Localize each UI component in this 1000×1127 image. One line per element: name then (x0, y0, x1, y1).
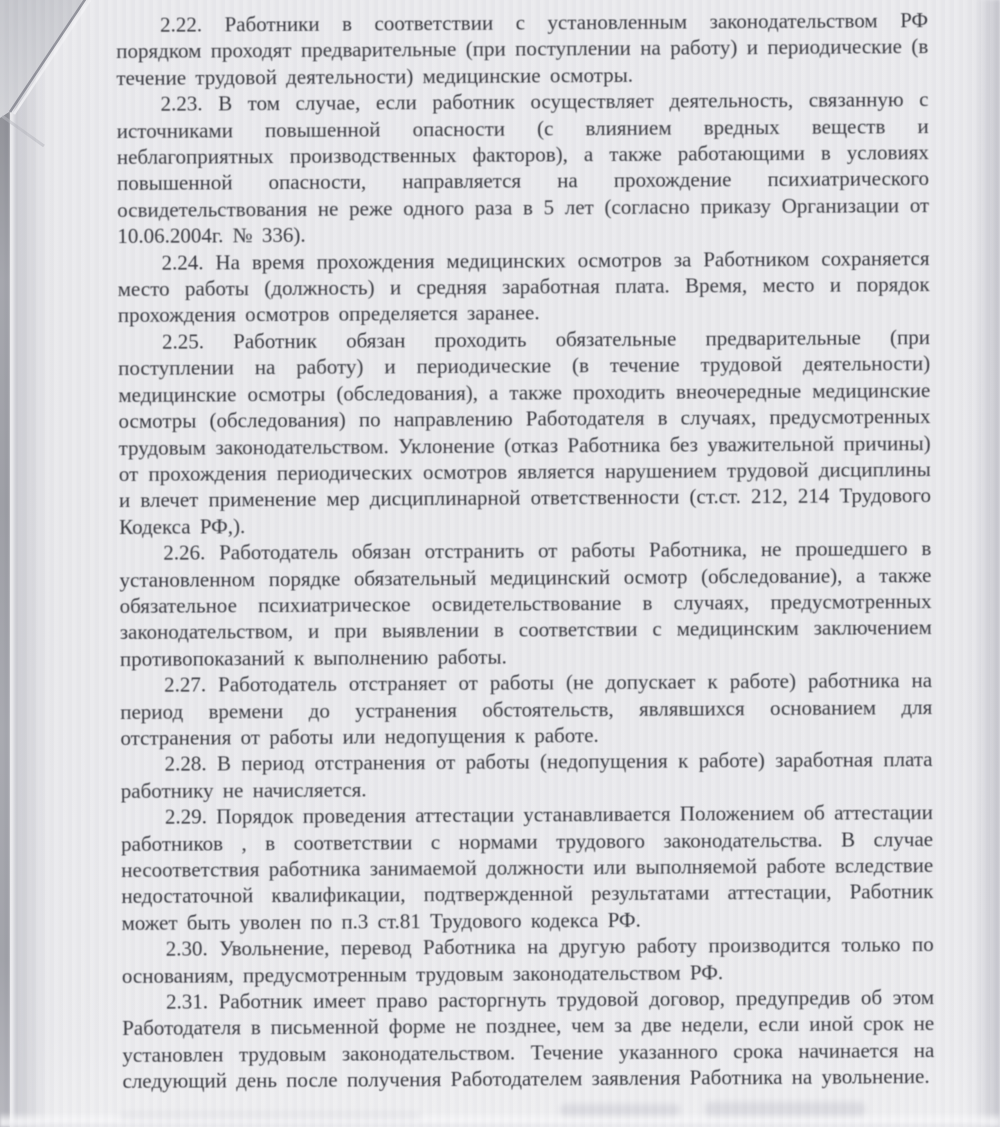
scan-right-edge-shading (976, 0, 1000, 1127)
scan-left-soft-shadow (14, 0, 46, 1127)
paragraph-2-26: 2.26. Работодатель обязан отстранить от … (119, 535, 932, 672)
scanned-document-page: 2.22. Работники в соответствии с установ… (0, 0, 1000, 1127)
paragraph-2-23: 2.23. В том случае, если работник осущес… (116, 86, 929, 249)
paragraph-2-22: 2.22. Работники в соответствии с установ… (116, 7, 928, 91)
paragraph-2-27: 2.27. Работодатель отстраняет от работы … (120, 667, 932, 751)
paragraph-2-31: 2.31. Работник имеет право расторгнуть т… (122, 984, 935, 1095)
paragraph-2-24: 2.24. На время прохождения медицинских о… (117, 245, 929, 329)
scan-smudge (560, 1104, 680, 1116)
paragraph-2-30: 2.30. Увольнение, перевод Работника на д… (122, 931, 934, 989)
paragraph-2-25: 2.25. Работник обязан проходить обязател… (118, 324, 931, 540)
paragraph-2-28: 2.28. В период отстранения от работы (не… (121, 746, 933, 804)
document-body-text: 2.22. Работники в соответствии с установ… (116, 7, 935, 1095)
paragraph-2-29: 2.29. Порядок проведения аттестации уста… (121, 799, 934, 936)
scan-smudge (120, 1112, 420, 1120)
scan-left-edge-shadow (0, 0, 10, 1127)
scan-smudge (705, 1102, 865, 1116)
